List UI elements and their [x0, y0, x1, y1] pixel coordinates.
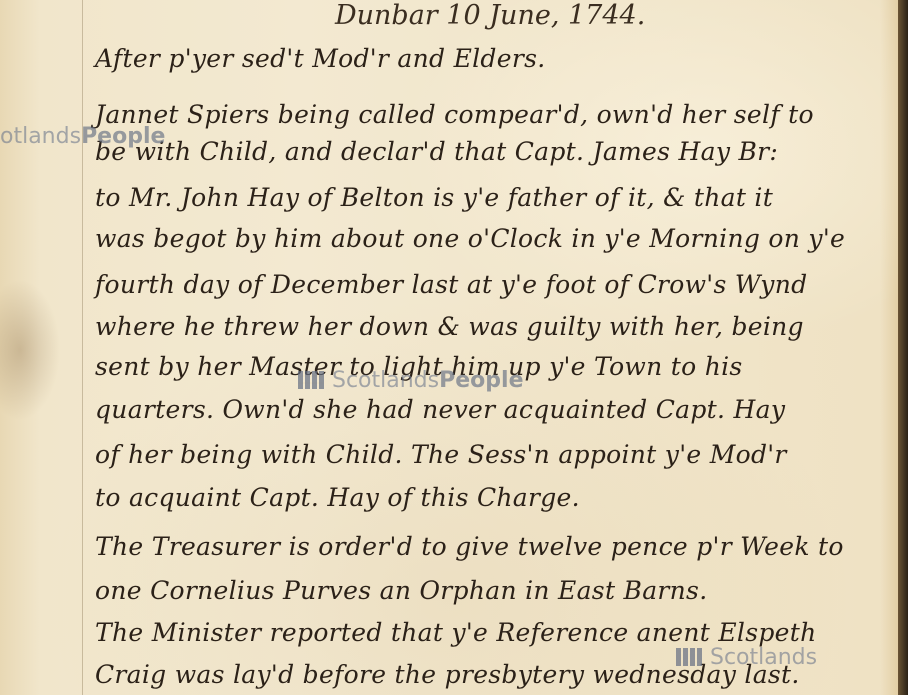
text-line-10: of her being with Child. The Sess'n appo…	[95, 440, 787, 469]
text-line-3: be with Child, and declar'd that Capt. J…	[95, 137, 778, 166]
margin-rule	[82, 0, 83, 695]
watermark: Scotlands	[676, 645, 817, 670]
watermark: otlandsPeople	[0, 124, 165, 149]
text-line-7: where he threw her down & was guilty wit…	[95, 312, 804, 341]
text-line-6: fourth day of December last at y'e foot …	[95, 270, 807, 299]
text-line-13: one Cornelius Purves an Orphan in East B…	[95, 576, 707, 605]
manuscript-page: Dunbar 10 June, 1744. After p'yer sed't …	[0, 0, 898, 695]
entry-heading: Dunbar 10 June, 1744.	[335, 0, 645, 31]
text-line-14: The Minister reported that y'e Reference…	[95, 618, 816, 647]
page-binding-edge	[898, 0, 908, 695]
text-line-2: Jannet Spiers being called compear'd, ow…	[95, 100, 814, 129]
text-line-12: The Treasurer is order'd to give twelve …	[95, 532, 844, 561]
watermark-logo-icon	[676, 648, 702, 666]
watermark-logo-icon	[298, 371, 324, 389]
text-line-11: to acquaint Capt. Hay of this Charge.	[95, 483, 580, 512]
text-line-1: After p'yer sed't Mod'r and Elders.	[95, 44, 545, 73]
watermark: ScotlandsPeople	[298, 368, 524, 393]
text-line-4: to Mr. John Hay of Belton is y'e father …	[95, 183, 773, 212]
text-line-5: was begot by him about one o'Clock in y'…	[95, 224, 845, 253]
text-line-9: quarters. Own'd she had never acquainted…	[95, 395, 785, 424]
